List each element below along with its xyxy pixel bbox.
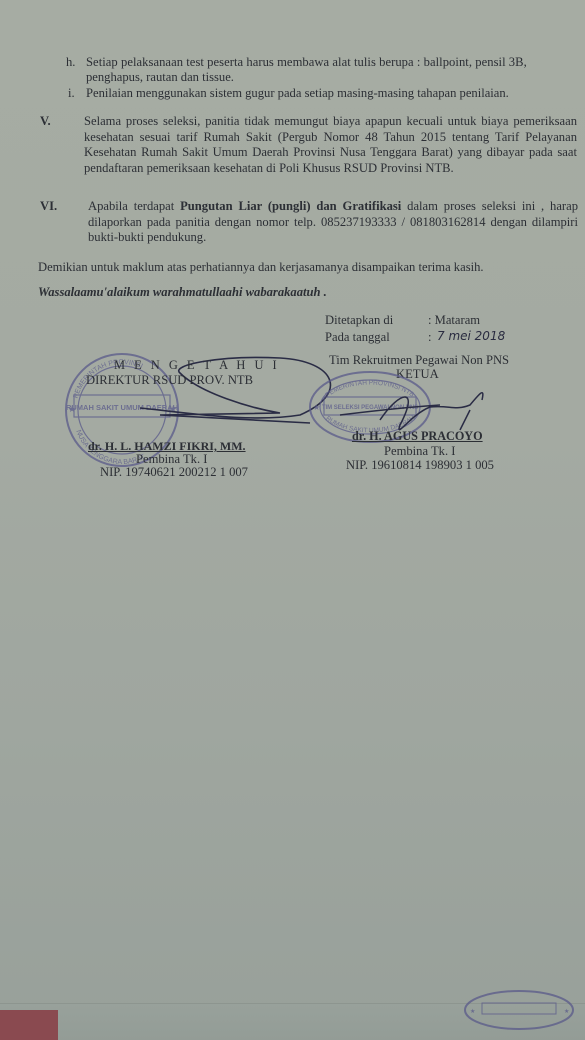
right-signatory-name: dr. H. AGUS PRACOYO (352, 429, 483, 444)
right-signatory-rank: Pembina Tk. I (384, 444, 455, 459)
bottom-stamp: ★ ★ (462, 988, 577, 1032)
salutation-text: Wassalaamu'alaikum warahmatullaahi wabar… (38, 285, 327, 300)
place-value: : Mataram (428, 313, 480, 328)
red-background-corner (0, 1010, 58, 1040)
date-label: Pada tanggal (325, 330, 390, 345)
item-letter-h: h. (66, 55, 75, 70)
right-signatory-nip: NIP. 19610814 198903 1 005 (346, 458, 494, 473)
section-v-numeral: V. (40, 114, 51, 129)
left-header-mengetahui: M E N G E T A H U I (114, 358, 280, 373)
svg-text:★: ★ (68, 404, 76, 414)
item-i-text: Penilaian menggunakan sistem gugur pada … (86, 86, 509, 101)
section-v-text: Selama proses seleksi, panitia tidak mem… (84, 114, 577, 176)
closing-text: Demikian untuk maklum atas perhatiannya … (38, 260, 484, 275)
left-signatory-nip: NIP. 19740621 200212 1 007 (100, 465, 248, 480)
right-header-team: Tim Rekruitmen Pegawai Non PNS (329, 353, 509, 368)
place-label: Ditetapkan di (325, 313, 393, 328)
section-vi-text-bold: Pungutan Liar (pungli) dan Gratifikasi (180, 199, 401, 213)
item-letter-i: i. (68, 86, 75, 101)
item-h-line-2: penghapus, rautan dan tissue. (86, 70, 234, 85)
svg-text:★: ★ (313, 403, 320, 412)
section-vi-numeral: VI. (40, 199, 57, 214)
section-vi-text: Apabila terdapat Pungutan Liar (pungli) … (88, 199, 578, 246)
section-vi-text-before: Apabila terdapat (88, 199, 180, 213)
left-header-direktur: DIREKTUR RSUD PROV. NTB (86, 373, 253, 388)
svg-text:★: ★ (564, 1008, 569, 1015)
svg-text:★: ★ (470, 1008, 475, 1015)
item-h-line-1: Setiap pelaksanaan test peserta harus me… (86, 55, 576, 70)
date-value-handwritten: 7 mei 2018 (437, 329, 505, 344)
date-colon: : (428, 330, 432, 345)
